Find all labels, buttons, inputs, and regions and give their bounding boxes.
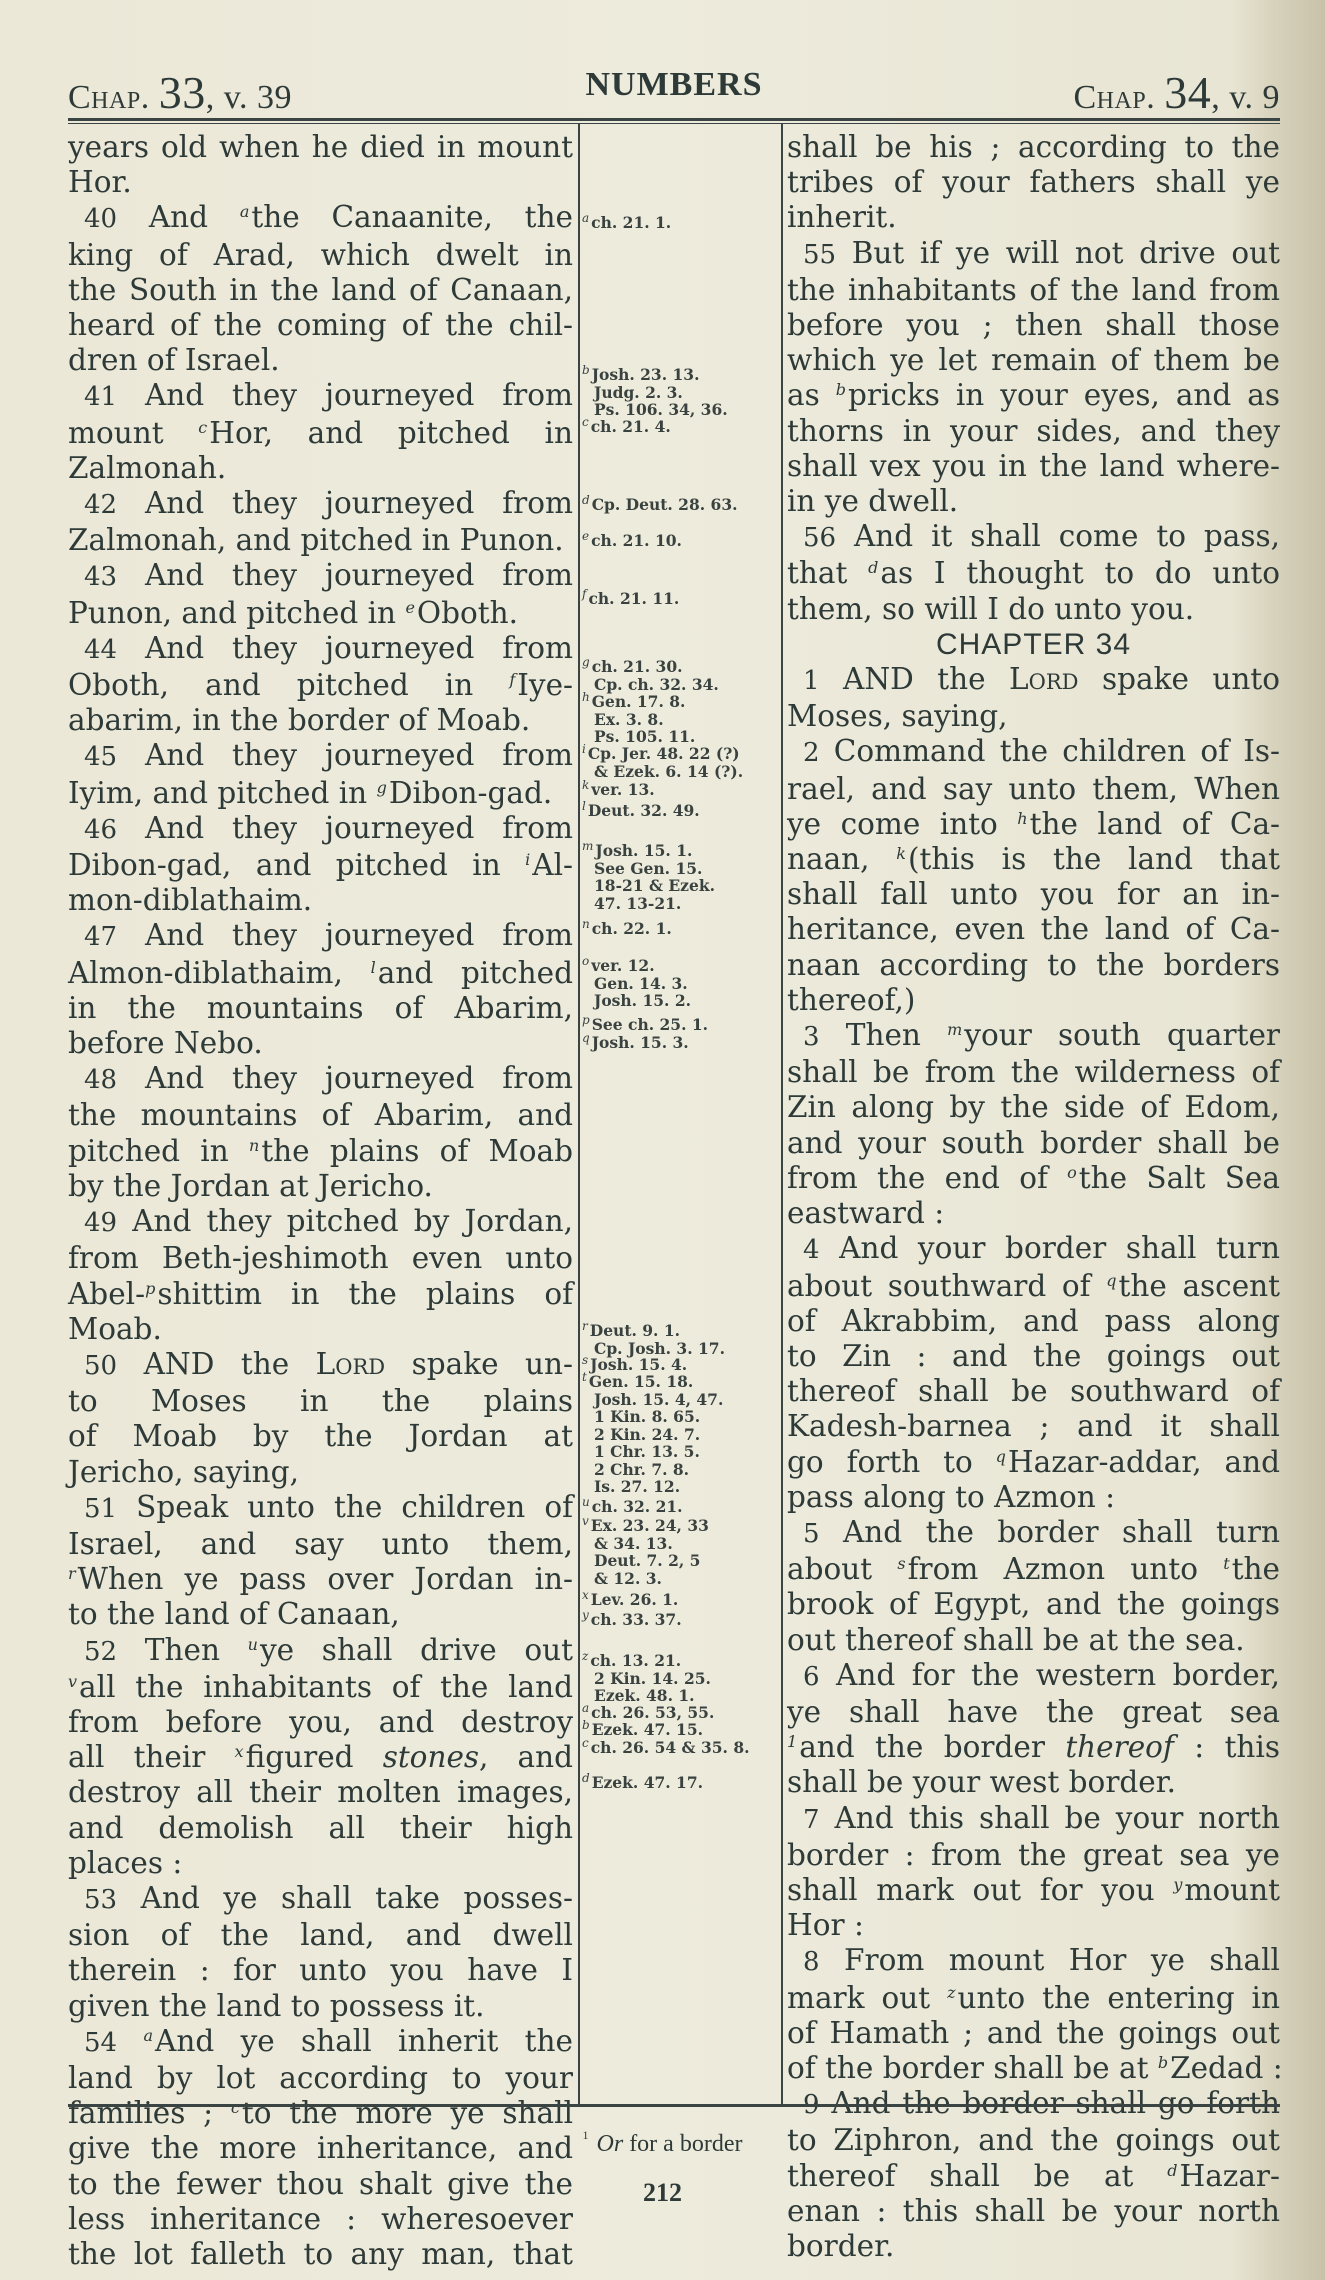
text-line: to Moses in the plains — [68, 1384, 573, 1419]
header-right-reference: Chap. 34, v. 9 — [1074, 66, 1281, 119]
cross-reference-line: 18-21 & Ezek. — [582, 877, 782, 895]
verse-number: 55 — [803, 240, 836, 270]
cross-reference: kver. 13. — [582, 777, 782, 799]
cross-reference-line: Deut. 7. 2, 5 — [582, 1552, 782, 1570]
cross-reference-line: ach. 21. 1. — [582, 210, 782, 232]
reference-mark: o — [582, 954, 589, 968]
cross-reference: bJosh. 23. 13.Judg. 2. 3.Ps. 106. 34, 36… — [582, 362, 782, 419]
marginal-reference-mark: z — [947, 1983, 955, 2002]
text-line: that das I thought to do unto — [787, 556, 1280, 591]
cross-reference: zch. 13. 21.2 Kin. 14. 25.Ezek. 48. 1. — [582, 1648, 782, 1705]
marginal-reference-mark: u — [248, 1635, 258, 1654]
text-line: 49 And they pitched by Jordan, — [68, 1204, 573, 1241]
text-line: as bpricks in your eyes, and as — [787, 378, 1280, 413]
reference-mark: n — [582, 917, 590, 931]
verse-number: 50 — [84, 1351, 117, 1381]
marginal-reference-mark: 1 — [787, 1732, 797, 1751]
book-page: Chap. 33, v. 39 NUMBERS Chap. 34, v. 9 y… — [0, 0, 1325, 2280]
text-line: heard of the coming of the chil- — [68, 308, 573, 343]
text-line: thereof,) — [787, 983, 1280, 1018]
cross-reference: vEx. 23. 24, 33& 34. 13.Deut. 7. 2, 5& 1… — [582, 1513, 782, 1587]
cross-reference-line: bJosh. 23. 13. — [582, 362, 782, 384]
text-line: mount cHor, and pitched in — [68, 416, 573, 451]
text-line: 52 Then uye shall drive out — [68, 1633, 573, 1670]
text-line: Jericho, saying, — [68, 1455, 573, 1490]
reference-mark: b — [582, 363, 590, 377]
text-line: mon-diblathaim. — [68, 883, 573, 918]
cross-reference-line: nch. 22. 1. — [582, 916, 782, 938]
cross-reference-line: gch. 21. 30. — [582, 654, 782, 676]
reference-mark: y — [582, 1608, 589, 1622]
text-line: Hor. — [68, 165, 573, 200]
reference-mark: h — [582, 690, 590, 704]
text-line: Zalmonah. — [68, 451, 573, 486]
cross-reference: dEzek. 47. 17. — [582, 1770, 782, 1792]
text-line: shall mark out for you ymount — [787, 1873, 1280, 1908]
cross-reference-line: Judg. 2. 3. — [582, 384, 782, 402]
reference-mark: a — [582, 211, 589, 225]
text-line: about sfrom Azmon unto tthe — [787, 1552, 1280, 1587]
verse-number: 47 — [84, 922, 117, 952]
text-line: sion of the land, and dwell — [68, 1918, 573, 1953]
marginal-reference-mark: g — [377, 778, 387, 797]
text-line: border. — [787, 2229, 1280, 2264]
cross-reference-line: vEx. 23. 24, 33 — [582, 1513, 782, 1535]
header-rule-thin — [68, 123, 1280, 124]
cross-reference-line: ech. 21. 10. — [582, 528, 782, 550]
text-line: Israel, and say unto them, — [68, 1527, 573, 1562]
verse-number: 46 — [84, 815, 117, 845]
text-line: brook of Egypt, and the goings — [787, 1587, 1280, 1622]
text-line: pitched in nthe plains of Moab — [68, 1134, 573, 1169]
text-line: heritance, even the land of Ca- — [787, 912, 1280, 947]
cross-reference-line: 1 Kin. 8. 65. — [582, 1408, 782, 1426]
verse-number: 45 — [84, 742, 117, 772]
footer-rule — [68, 2104, 1280, 2107]
cross-reference-line: & 12. 3. — [582, 1570, 782, 1588]
marginal-reference-mark: i — [525, 850, 530, 869]
text-line: 43 And they journeyed from — [68, 558, 573, 595]
text-line: border : from the great sea ye — [787, 1838, 1280, 1873]
marginal-reference-mark: p — [145, 1279, 155, 1298]
text-line: dren of Israel. — [68, 343, 573, 378]
text-line: 47 And they journeyed from — [68, 918, 573, 955]
cross-reference-line: xLev. 26. 1. — [582, 1587, 782, 1609]
reference-mark: r — [582, 1319, 588, 1333]
reference-mark: u — [582, 1495, 590, 1509]
reference-mark: b — [582, 1718, 590, 1732]
verse-number: 2 — [803, 738, 820, 768]
text-line: shall vex you in the land where- — [787, 449, 1280, 484]
marginal-reference-mark: a — [143, 2026, 153, 2045]
verse-number: 41 — [84, 382, 117, 412]
text-line: places : — [68, 1846, 573, 1881]
text-line: 6 And for the western border, — [787, 1658, 1280, 1695]
verse-number: 40 — [84, 204, 117, 234]
cross-reference: dCp. Deut. 28. 63. — [582, 492, 782, 514]
cross-reference-line: mJosh. 15. 1. — [582, 838, 782, 860]
cross-reference: over. 12.Gen. 14. 3.Josh. 15. 2. — [582, 953, 782, 1010]
text-line: shall be his ; according to the — [787, 130, 1280, 165]
marginal-reference-mark: e — [405, 598, 414, 617]
text-line: Kadesh-barnea ; and it shall — [787, 1409, 1280, 1444]
text-line: Moab. — [68, 1312, 573, 1347]
marginal-reference-mark: d — [1167, 2161, 1177, 2180]
marginal-reference-mark: d — [868, 558, 878, 577]
cross-reference-line: fch. 21. 11. — [582, 586, 782, 608]
text-line: 56 And it shall come to pass, — [787, 519, 1280, 556]
text-line: ye come into hthe land of Ca- — [787, 807, 1280, 842]
reference-mark: q — [582, 1031, 590, 1045]
chapter-heading: CHAPTER 34 — [787, 627, 1280, 662]
reference-mark: i — [582, 742, 586, 756]
text-line: king of Arad, which dwelt in — [68, 238, 573, 273]
text-line: which ye let remain of them be — [787, 343, 1280, 378]
cross-reference-line: qJosh. 15. 3. — [582, 1030, 782, 1052]
marginal-reference-mark: s — [897, 1554, 905, 1573]
text-line: of Moab by the Jordan at — [68, 1419, 573, 1454]
text-line: destroy all their molten images, — [68, 1775, 573, 1810]
verse-number: 49 — [84, 1208, 117, 1238]
cross-reference: ych. 33. 37. — [582, 1607, 782, 1629]
cross-reference-line: 2 Kin. 14. 25. — [582, 1670, 782, 1688]
text-line: therein : for unto you have I — [68, 1953, 573, 1988]
reference-mark: c — [582, 415, 589, 429]
text-line: to the land of Canaan, — [68, 1597, 573, 1632]
page-number: 212 — [0, 2178, 1325, 2208]
text-line: the mountains of Abarim, and — [68, 1098, 573, 1133]
text-line: families ; cto the more ye shall — [68, 2096, 573, 2131]
text-line: pass along to Azmon : — [787, 1480, 1280, 1515]
footnote: 1Or for a border — [0, 2128, 1325, 2158]
text-line: 5 And the border shall turn — [787, 1515, 1280, 1552]
text-line: tribes of your fathers shall ye — [787, 165, 1280, 200]
text-line: 3 Then myour south quarter — [787, 1018, 1280, 1055]
reference-mark: d — [582, 1771, 590, 1785]
verse-number: 8 — [803, 1947, 820, 1977]
marginal-reference-mark: f — [509, 670, 515, 689]
cross-reference-line: over. 12. — [582, 953, 782, 975]
marginal-reference-mark: m — [947, 1020, 962, 1039]
cross-reference-line: tGen. 15. 18. — [582, 1369, 782, 1391]
cross-reference-line: 47. 13-21. — [582, 895, 782, 913]
cross-reference-line: kver. 13. — [582, 777, 782, 799]
reference-mark: s — [582, 1353, 588, 1367]
verse-number: 5 — [803, 1519, 820, 1549]
text-line: Zin along by the side of Edom, — [787, 1090, 1280, 1125]
cross-reference: ech. 21. 10. — [582, 528, 782, 550]
left-text-column: years old when he died in mountHor.40 An… — [68, 130, 573, 2272]
verse-number: 48 — [84, 1065, 117, 1095]
marginal-reference-mark: o — [1067, 1163, 1077, 1182]
reference-mark: c — [582, 1736, 589, 1750]
text-line: vall the inhabitants of the land — [68, 1670, 573, 1705]
text-line: years old when he died in mount — [68, 130, 573, 165]
text-line: 8 From mount Hor ye shall — [787, 1943, 1280, 1980]
text-line: given the land to possess it. — [68, 1989, 573, 2024]
cross-reference-line: ych. 33. 37. — [582, 1607, 782, 1629]
text-line: shall be your west border. — [787, 1765, 1280, 1800]
cross-reference-line: Josh. 15. 2. — [582, 992, 782, 1010]
verse-number: 52 — [84, 1637, 117, 1667]
marginal-reference-mark: h — [1017, 809, 1027, 828]
reference-mark: a — [582, 1701, 589, 1715]
text-line: of Akrabbim, and pass along — [787, 1304, 1280, 1339]
text-line: shall be from the wilderness of — [787, 1055, 1280, 1090]
cross-reference-line: 1 Chr. 13. 5. — [582, 1443, 782, 1461]
reference-mark: f — [582, 587, 586, 601]
text-line: 46 And they journeyed from — [68, 811, 573, 848]
text-line: the lot falleth to any man, that — [68, 2237, 573, 2272]
text-line: go forth to qHazar-addar, and — [787, 1445, 1280, 1480]
verse-number: 4 — [803, 1235, 820, 1265]
text-line: to Zin : and the goings out — [787, 1339, 1280, 1374]
text-line: 44 And they journeyed from — [68, 631, 573, 668]
cross-reference-line: 2 Chr. 7. 8. — [582, 1461, 782, 1479]
text-line: naan, k(this is the land that — [787, 842, 1280, 877]
text-line: the South in the land of Canaan, — [68, 273, 573, 308]
verse-number: 3 — [803, 1022, 820, 1052]
cross-reference-line: & 34. 13. — [582, 1535, 782, 1553]
cross-reference-line: Josh. 15. 4, 47. — [582, 1391, 782, 1409]
marginal-reference-mark: n — [249, 1136, 259, 1155]
text-line: 40 And athe Canaanite, the — [68, 200, 573, 237]
cross-reference-column: ach. 21. 1.bJosh. 23. 13.Judg. 2. 3.Ps. … — [582, 130, 782, 2105]
text-line: 53 And ye shall take posses- — [68, 1881, 573, 1918]
marginal-reference-mark: x — [235, 1742, 244, 1761]
text-line: 42 And they journeyed from — [68, 486, 573, 523]
cross-reference: cch. 21. 4. — [582, 414, 782, 436]
text-line: inherit. — [787, 200, 1280, 235]
reference-mark: v — [582, 1514, 589, 1528]
running-head: Chap. 33, v. 39 NUMBERS Chap. 34, v. 9 — [68, 62, 1280, 118]
cross-reference-line: zch. 13. 21. — [582, 1648, 782, 1670]
text-line: 50 AND the Lord spake un- — [68, 1347, 573, 1384]
text-line: Punon, and pitched in eOboth. — [68, 596, 573, 631]
reference-mark: m — [582, 839, 593, 853]
text-line: before Nebo. — [68, 1026, 573, 1061]
text-line: Dibon-gad, and pitched in iAl- — [68, 848, 573, 883]
text-line: from Beth-jeshimoth even unto — [68, 1241, 573, 1276]
text-line: naan according to the borders — [787, 948, 1280, 983]
text-line: 51 Speak unto the children of — [68, 1490, 573, 1527]
verse-number: 54 — [84, 2028, 117, 2058]
column-divider-left — [578, 124, 580, 2104]
text-line: mark out zunto the entering in — [787, 1981, 1280, 2016]
cross-reference: gch. 21. 30.Cp. ch. 32. 34. — [582, 654, 782, 693]
cross-reference-line: lDeut. 32. 49. — [582, 798, 782, 820]
text-line: Zalmonah, and pitched in Punon. — [68, 523, 573, 558]
cross-reference-line: iCp. Jer. 48. 22 (?) — [582, 741, 782, 763]
text-line: and demolish all their high — [68, 1811, 573, 1846]
text-line: Almon-diblathaim, land pitched — [68, 956, 573, 991]
text-line: about southward of qthe ascent — [787, 1269, 1280, 1304]
cross-reference-line: cch. 26. 54 & 35. 8. — [582, 1735, 782, 1757]
text-line: ye shall have the great sea — [787, 1695, 1280, 1730]
text-line: 48 And they journeyed from — [68, 1061, 573, 1098]
text-line: 7 And this shall be your north — [787, 1801, 1280, 1838]
marginal-reference-mark: c — [198, 418, 207, 437]
cross-reference: hGen. 17. 8.Ex. 3. 8.Ps. 105. 11. — [582, 689, 782, 746]
text-line: 1and the border thereof : this — [787, 1730, 1280, 1765]
reference-mark: p — [582, 1013, 590, 1027]
cross-reference: fch. 21. 11. — [582, 586, 782, 608]
reference-mark: k — [582, 778, 589, 792]
footnote-mark: 1 — [583, 2128, 589, 2142]
cross-reference-line: rDeut. 9. 1. — [582, 1318, 782, 1340]
cross-reference: mJosh. 15. 1.See Gen. 15.18-21 & Ezek.47… — [582, 838, 782, 912]
text-line: in ye dwell. — [787, 484, 1280, 519]
cross-reference: nch. 22. 1. — [582, 916, 782, 938]
verse-number: 42 — [84, 490, 117, 520]
marginal-reference-mark: b — [1158, 2053, 1168, 2072]
text-line: 55 But if ye will not drive out — [787, 236, 1280, 273]
verse-number: 6 — [803, 1662, 820, 1692]
marginal-reference-mark: b — [836, 380, 846, 399]
marginal-reference-mark: y — [1173, 1875, 1182, 1894]
text-line: 1 AND the Lord spake unto — [787, 662, 1280, 699]
cross-reference-line: Gen. 14. 3. — [582, 975, 782, 993]
cross-reference: qJosh. 15. 3. — [582, 1030, 782, 1052]
text-line: thorns in your sides, and they — [787, 414, 1280, 449]
text-line: the inhabitants of the land from — [787, 273, 1280, 308]
marginal-reference-mark: t — [1223, 1554, 1229, 1573]
text-line: them, so will I do unto you. — [787, 592, 1280, 627]
verse-number: 1 — [803, 666, 820, 696]
text-line: in the mountains of Abarim, — [68, 991, 573, 1026]
marginal-reference-mark: a — [240, 202, 250, 221]
cross-reference: iCp. Jer. 48. 22 (?)& Ezek. 6. 14 (?). — [582, 741, 782, 780]
cross-reference-line: See Gen. 15. — [582, 860, 782, 878]
marginal-reference-mark: q — [1106, 1271, 1116, 1290]
cross-reference: tGen. 15. 18.Josh. 15. 4, 47.1 Kin. 8. 6… — [582, 1369, 782, 1496]
text-line: eastward : — [787, 1196, 1280, 1231]
reference-mark: e — [582, 529, 589, 543]
text-line: Oboth, and pitched in fIye- — [68, 668, 573, 703]
text-line: before you ; then shall those — [787, 308, 1280, 343]
verse-number: 51 — [84, 1494, 117, 1524]
verse-number: 43 — [84, 562, 117, 592]
marginal-reference-mark: r — [68, 1564, 76, 1583]
text-line: Moses, saying, — [787, 699, 1280, 734]
reference-mark: z — [582, 1649, 588, 1663]
text-line: Abel-pshittim in the plains of — [68, 1277, 573, 1312]
cross-reference: ach. 21. 1. — [582, 210, 782, 232]
text-line: thereof shall be southward of — [787, 1374, 1280, 1409]
text-line: 41 And they journeyed from — [68, 378, 573, 415]
text-line: abarim, in the border of Moab. — [68, 703, 573, 738]
verse-number: 56 — [803, 523, 836, 553]
header-rule — [68, 118, 1280, 121]
marginal-reference-mark: c — [231, 2098, 240, 2117]
text-line: out thereof shall be at the sea. — [787, 1623, 1280, 1658]
verse-number: 44 — [84, 635, 117, 665]
cross-reference-line: dEzek. 47. 17. — [582, 1770, 782, 1792]
verse-number: 53 — [84, 1885, 117, 1915]
text-line: from before you, and destroy — [68, 1705, 573, 1740]
cross-reference: xLev. 26. 1. — [582, 1587, 782, 1609]
footnote-italic: Or — [597, 2131, 624, 2157]
text-line: land by lot according to your — [68, 2061, 573, 2096]
text-line: rael, and say unto them, When — [787, 772, 1280, 807]
verse-number: 7 — [803, 1805, 820, 1835]
text-line: 45 And they journeyed from — [68, 738, 573, 775]
marginal-reference-mark: v — [68, 1672, 77, 1691]
reference-mark: t — [582, 1370, 587, 1384]
marginal-reference-mark: k — [896, 844, 906, 863]
marginal-reference-mark: q — [996, 1447, 1006, 1466]
cross-reference-line: Ex. 3. 8. — [582, 711, 782, 729]
reference-mark: l — [582, 799, 586, 813]
cross-reference: cch. 26. 54 & 35. 8. — [582, 1735, 782, 1757]
text-line: all their xfigured stones, and — [68, 1740, 573, 1775]
marginal-reference-mark: l — [371, 958, 376, 977]
text-line: Iyim, and pitched in gDibon-gad. — [68, 776, 573, 811]
cross-reference-line: dCp. Deut. 28. 63. — [582, 492, 782, 514]
footnote-text: for a border — [629, 2131, 742, 2157]
text-line: 4 And your border shall turn — [787, 1231, 1280, 1268]
right-text-column: shall be his ; according to thetribes of… — [787, 130, 1280, 2264]
text-line: and your south border shall be — [787, 1126, 1280, 1161]
text-line: of the border shall be at bZedad : — [787, 2051, 1280, 2086]
text-line: rWhen ye pass over Jordan in- — [68, 1562, 573, 1597]
text-line: of Hamath ; and the goings out — [787, 2016, 1280, 2051]
text-line: from the end of othe Salt Sea — [787, 1161, 1280, 1196]
cross-reference-line: hGen. 17. 8. — [582, 689, 782, 711]
cross-reference: lDeut. 32. 49. — [582, 798, 782, 820]
text-line: 2 Command the children of Is- — [787, 734, 1280, 771]
reference-mark: d — [582, 493, 590, 507]
text-line: by the Jordan at Jericho. — [68, 1169, 573, 1204]
text-line: 54 aAnd ye shall inherit the — [68, 2024, 573, 2061]
reference-mark: x — [582, 1588, 589, 1602]
reference-mark: g — [582, 655, 590, 669]
cross-reference-line: cch. 21. 4. — [582, 414, 782, 436]
cross-reference-line: 2 Kin. 24. 7. — [582, 1426, 782, 1444]
text-line: shall fall unto you for an in- — [787, 877, 1280, 912]
text-line: Hor : — [787, 1908, 1280, 1943]
